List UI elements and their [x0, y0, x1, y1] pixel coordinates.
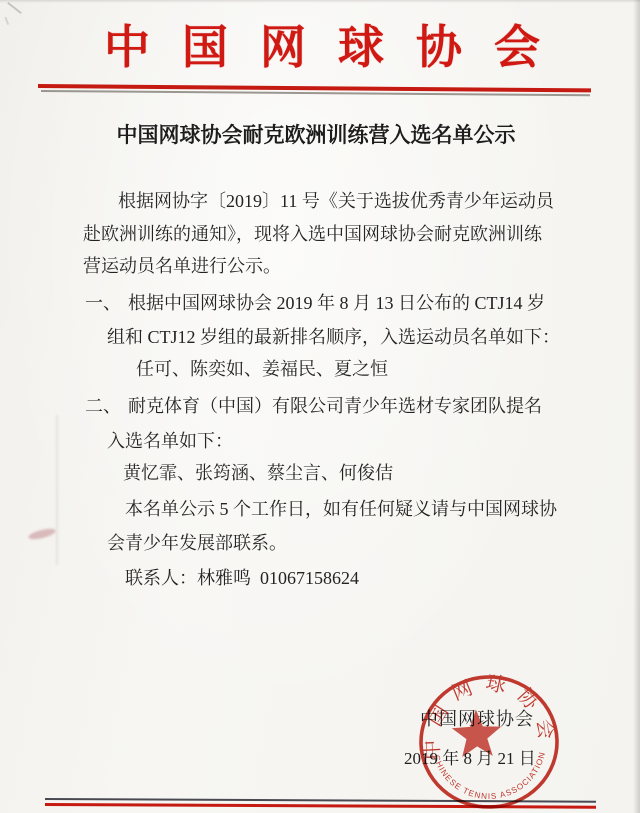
section1-line1-text: 根据中国网球协会 2019 年 8 月 13 日公布的 CTJ14 岁: [128, 293, 545, 313]
paragraph1-line2: 赴欧洲训练的通知》，现将入选中国网球协会耐克欧洲训练: [83, 224, 542, 246]
section2-names: 黄忆霏、张筠涵、蔡尘言、何俊佶: [123, 463, 393, 485]
section2-line1: 二、耐克体育（中国）有限公司青少年选材专家团队提名: [85, 396, 542, 418]
scan-scratch-mark: [5, 17, 9, 25]
closing-line2: 会青少年发展部联系。: [107, 533, 287, 555]
seal-star-icon: [451, 709, 502, 758]
scan-edge-shadow: [633, 0, 640, 813]
section1-line1: 一、根据中国网球协会 2019 年 8 月 13 日公布的 CTJ14 岁: [85, 293, 545, 315]
official-seal-stamp: 中国网球协会 CHINESE TENNIS ASSOCIATION: [413, 668, 566, 813]
scan-scratch-mark: [7, 2, 22, 14]
scan-edge-shadow: [0, 0, 640, 3]
section1-line2: 组和 CTJ12 岁组的最新排名顺序，入选运动员名单如下：: [107, 327, 560, 349]
scanned-document-page: 中国网球协会 中国网球协会耐克欧洲训练营入选名单公示 根据网协字〔2019〕11…: [0, 0, 640, 813]
section1-names: 任可、陈奕如、姜福民、夏之恒: [136, 359, 388, 381]
closing-line1: 本名单公示 5 个工作日，如有任何疑义请与中国网球协: [125, 499, 557, 521]
section2-line1-text: 耐克体育（中国）有限公司青少年选材专家团队提名: [128, 396, 542, 416]
scan-smudge: [27, 527, 56, 542]
contact-line: 联系人：林雅鸣 01067158624: [125, 568, 359, 590]
scan-streak: [56, 415, 58, 565]
paragraph1-line3: 营运动员名单进行公示。: [83, 256, 281, 278]
section2-marker: 二、: [85, 396, 128, 418]
document-title: 中国网球协会耐克欧洲训练营入选名单公示: [0, 119, 632, 149]
section2-line2: 入选名单如下：: [107, 431, 233, 453]
paragraph1-line1: 根据网协字〔2019〕11 号《关于选拔优秀青少年运动员: [118, 191, 554, 213]
letterhead-org-name: 中国网球协会: [104, 23, 572, 74]
section1-marker: 一、: [85, 293, 128, 315]
